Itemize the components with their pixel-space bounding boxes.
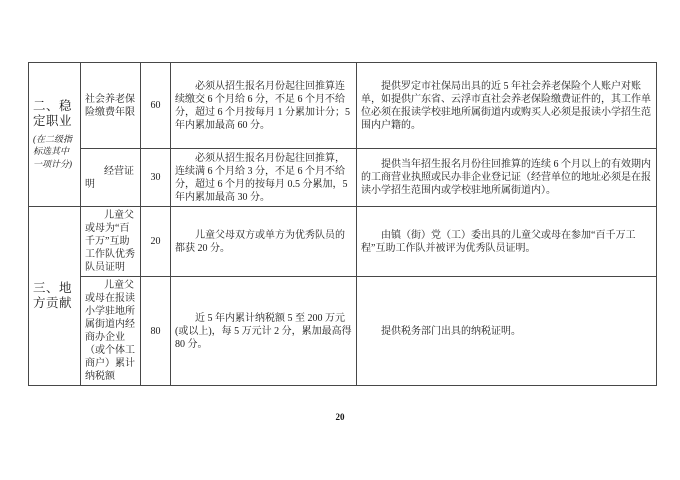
rule-cell: 必须从招生报名月份起往回推算，连续满 6 个月给 3 分，不足 6 个月不给分，… — [171, 149, 357, 207]
document-page: 二、稳定职业 (在二级指标选其中一项计分) 社会养老保险缴费年限 60 必须从招… — [0, 0, 680, 480]
category-title: 二、稳定职业 — [33, 99, 76, 129]
table-row: 经营证明 30 必须从招生报名月份起往回推算，连续满 6 个月给 3 分，不足 … — [29, 149, 657, 207]
proof-cell: 提供税务部门出具的纳税证明。 — [357, 277, 657, 386]
table-row: 二、稳定职业 (在二级指标选其中一项计分) 社会养老保险缴费年限 60 必须从招… — [29, 63, 657, 149]
indicator-text: 儿童父或母在报读小学驻地所属街道内经商办企业（或个体工商户）累计纳税额 — [85, 279, 136, 383]
rule-text: 必须从招生报名月份起往回推算，连续满 6 个月给 3 分，不足 6 个月不给分，… — [175, 152, 352, 204]
indicator-text: 社会养老保险缴费年限 — [85, 93, 136, 119]
rule-text: 必须从招生报名月份起往回推算连续缴交 6 个月给 6 分，不足 6 个月不给分，… — [175, 80, 352, 132]
rule-text: 近 5 年内累计纳税额 5 至 200 万元(或以上)，每 5 万元计 2 分，… — [175, 312, 352, 351]
rule-cell: 必须从招生报名月份起往回推算连续缴交 6 个月给 6 分，不足 6 个月不给分，… — [171, 63, 357, 149]
category-note: (在二级指标选其中一项计分) — [33, 133, 76, 171]
proof-cell: 提供罗定市社保局出具的近 5 年社会养老保险个人账户对账单，如提供广东省、云浮市… — [357, 63, 657, 149]
indicator-cell: 儿童父或母在报读小学驻地所属街道内经商办企业（或个体工商户）累计纳税额 — [81, 277, 141, 386]
score-cell: 30 — [141, 149, 171, 207]
table-row: 儿童父或母在报读小学驻地所属街道内经商办企业（或个体工商户）累计纳税额 80 近… — [29, 277, 657, 386]
category-cell-stable-occupation: 二、稳定职业 (在二级指标选其中一项计分) — [29, 63, 81, 207]
proof-text: 提供当年招生报名月份往回推算的连续 6 个月以上的有效期内的工商营业执照或民办非… — [361, 158, 652, 197]
table-row: 三、地方贡献 儿童父或母为“百千万”互助工作队优秀队员证明 20 儿童父母双方或… — [29, 207, 657, 277]
page-number: 20 — [0, 412, 680, 422]
rule-cell: 近 5 年内累计纳税额 5 至 200 万元(或以上)，每 5 万元计 2 分，… — [171, 277, 357, 386]
score-cell: 60 — [141, 63, 171, 149]
score-cell: 20 — [141, 207, 171, 277]
indicator-cell: 社会养老保险缴费年限 — [81, 63, 141, 149]
proof-text: 由镇（街）党（工）委出具的儿童父或母在参加“百千万工程”互助工作队并被评为优秀队… — [361, 229, 652, 255]
proof-text: 提供税务部门出具的纳税证明。 — [361, 325, 652, 338]
proof-cell: 由镇（街）党（工）委出具的儿童父或母在参加“百千万工程”互助工作队并被评为优秀队… — [357, 207, 657, 277]
rule-text: 儿童父母双方或单方为优秀队员的都获 20 分。 — [175, 229, 352, 255]
indicator-cell: 经营证明 — [81, 149, 141, 207]
rule-cell: 儿童父母双方或单方为优秀队员的都获 20 分。 — [171, 207, 357, 277]
indicator-text: 儿童父或母为“百千万”互助工作队优秀队员证明 — [85, 209, 136, 274]
indicator-text: 经营证明 — [85, 165, 136, 191]
indicator-cell: 儿童父或母为“百千万”互助工作队优秀队员证明 — [81, 207, 141, 277]
score-cell: 80 — [141, 277, 171, 386]
category-cell-local-contribution: 三、地方贡献 — [29, 207, 81, 386]
score-table: 二、稳定职业 (在二级指标选其中一项计分) 社会养老保险缴费年限 60 必须从招… — [28, 62, 657, 386]
proof-cell: 提供当年招生报名月份往回推算的连续 6 个月以上的有效期内的工商营业执照或民办非… — [357, 149, 657, 207]
category-title: 三、地方贡献 — [33, 281, 76, 311]
proof-text: 提供罗定市社保局出具的近 5 年社会养老保险个人账户对账单，如提供广东省、云浮市… — [361, 80, 652, 132]
